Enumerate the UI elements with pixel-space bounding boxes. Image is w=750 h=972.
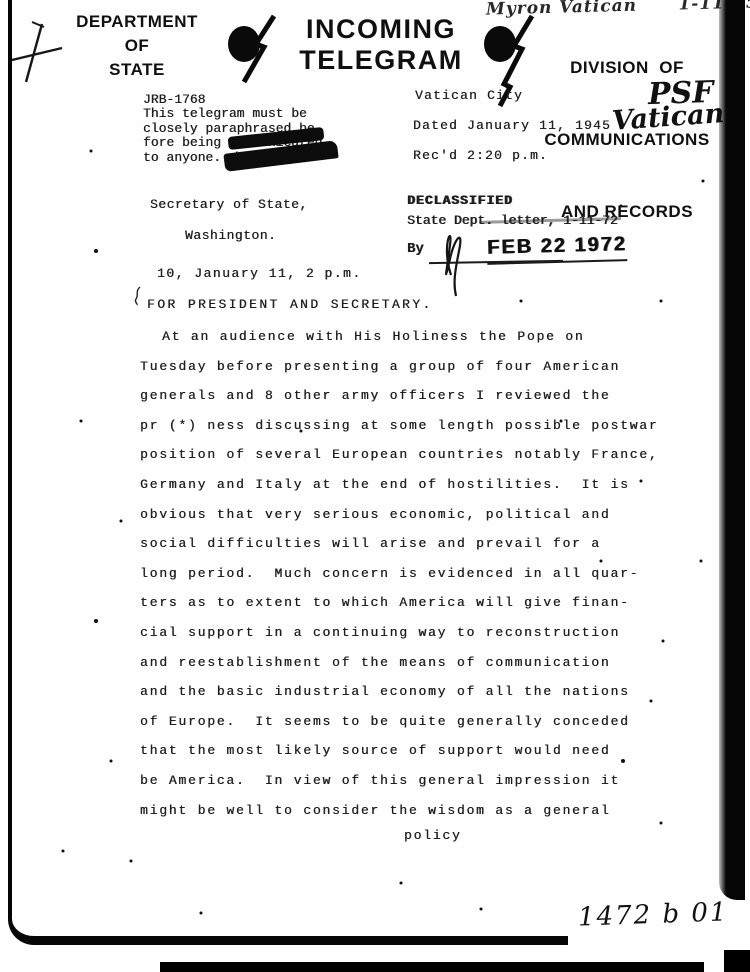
scan-corner-mark — [724, 950, 750, 972]
handwritten-docket: 1472 b 01 — [578, 897, 729, 932]
telegram-page: DEPARTMENT OF STATE INCOMING TELEGRAM DI… — [0, 0, 750, 972]
scan-edge-left-bottom — [8, 0, 568, 945]
scan-edge-right — [719, 0, 745, 900]
scan-noise — [0, 0, 2, 2]
scan-bottom-bar — [160, 962, 704, 972]
